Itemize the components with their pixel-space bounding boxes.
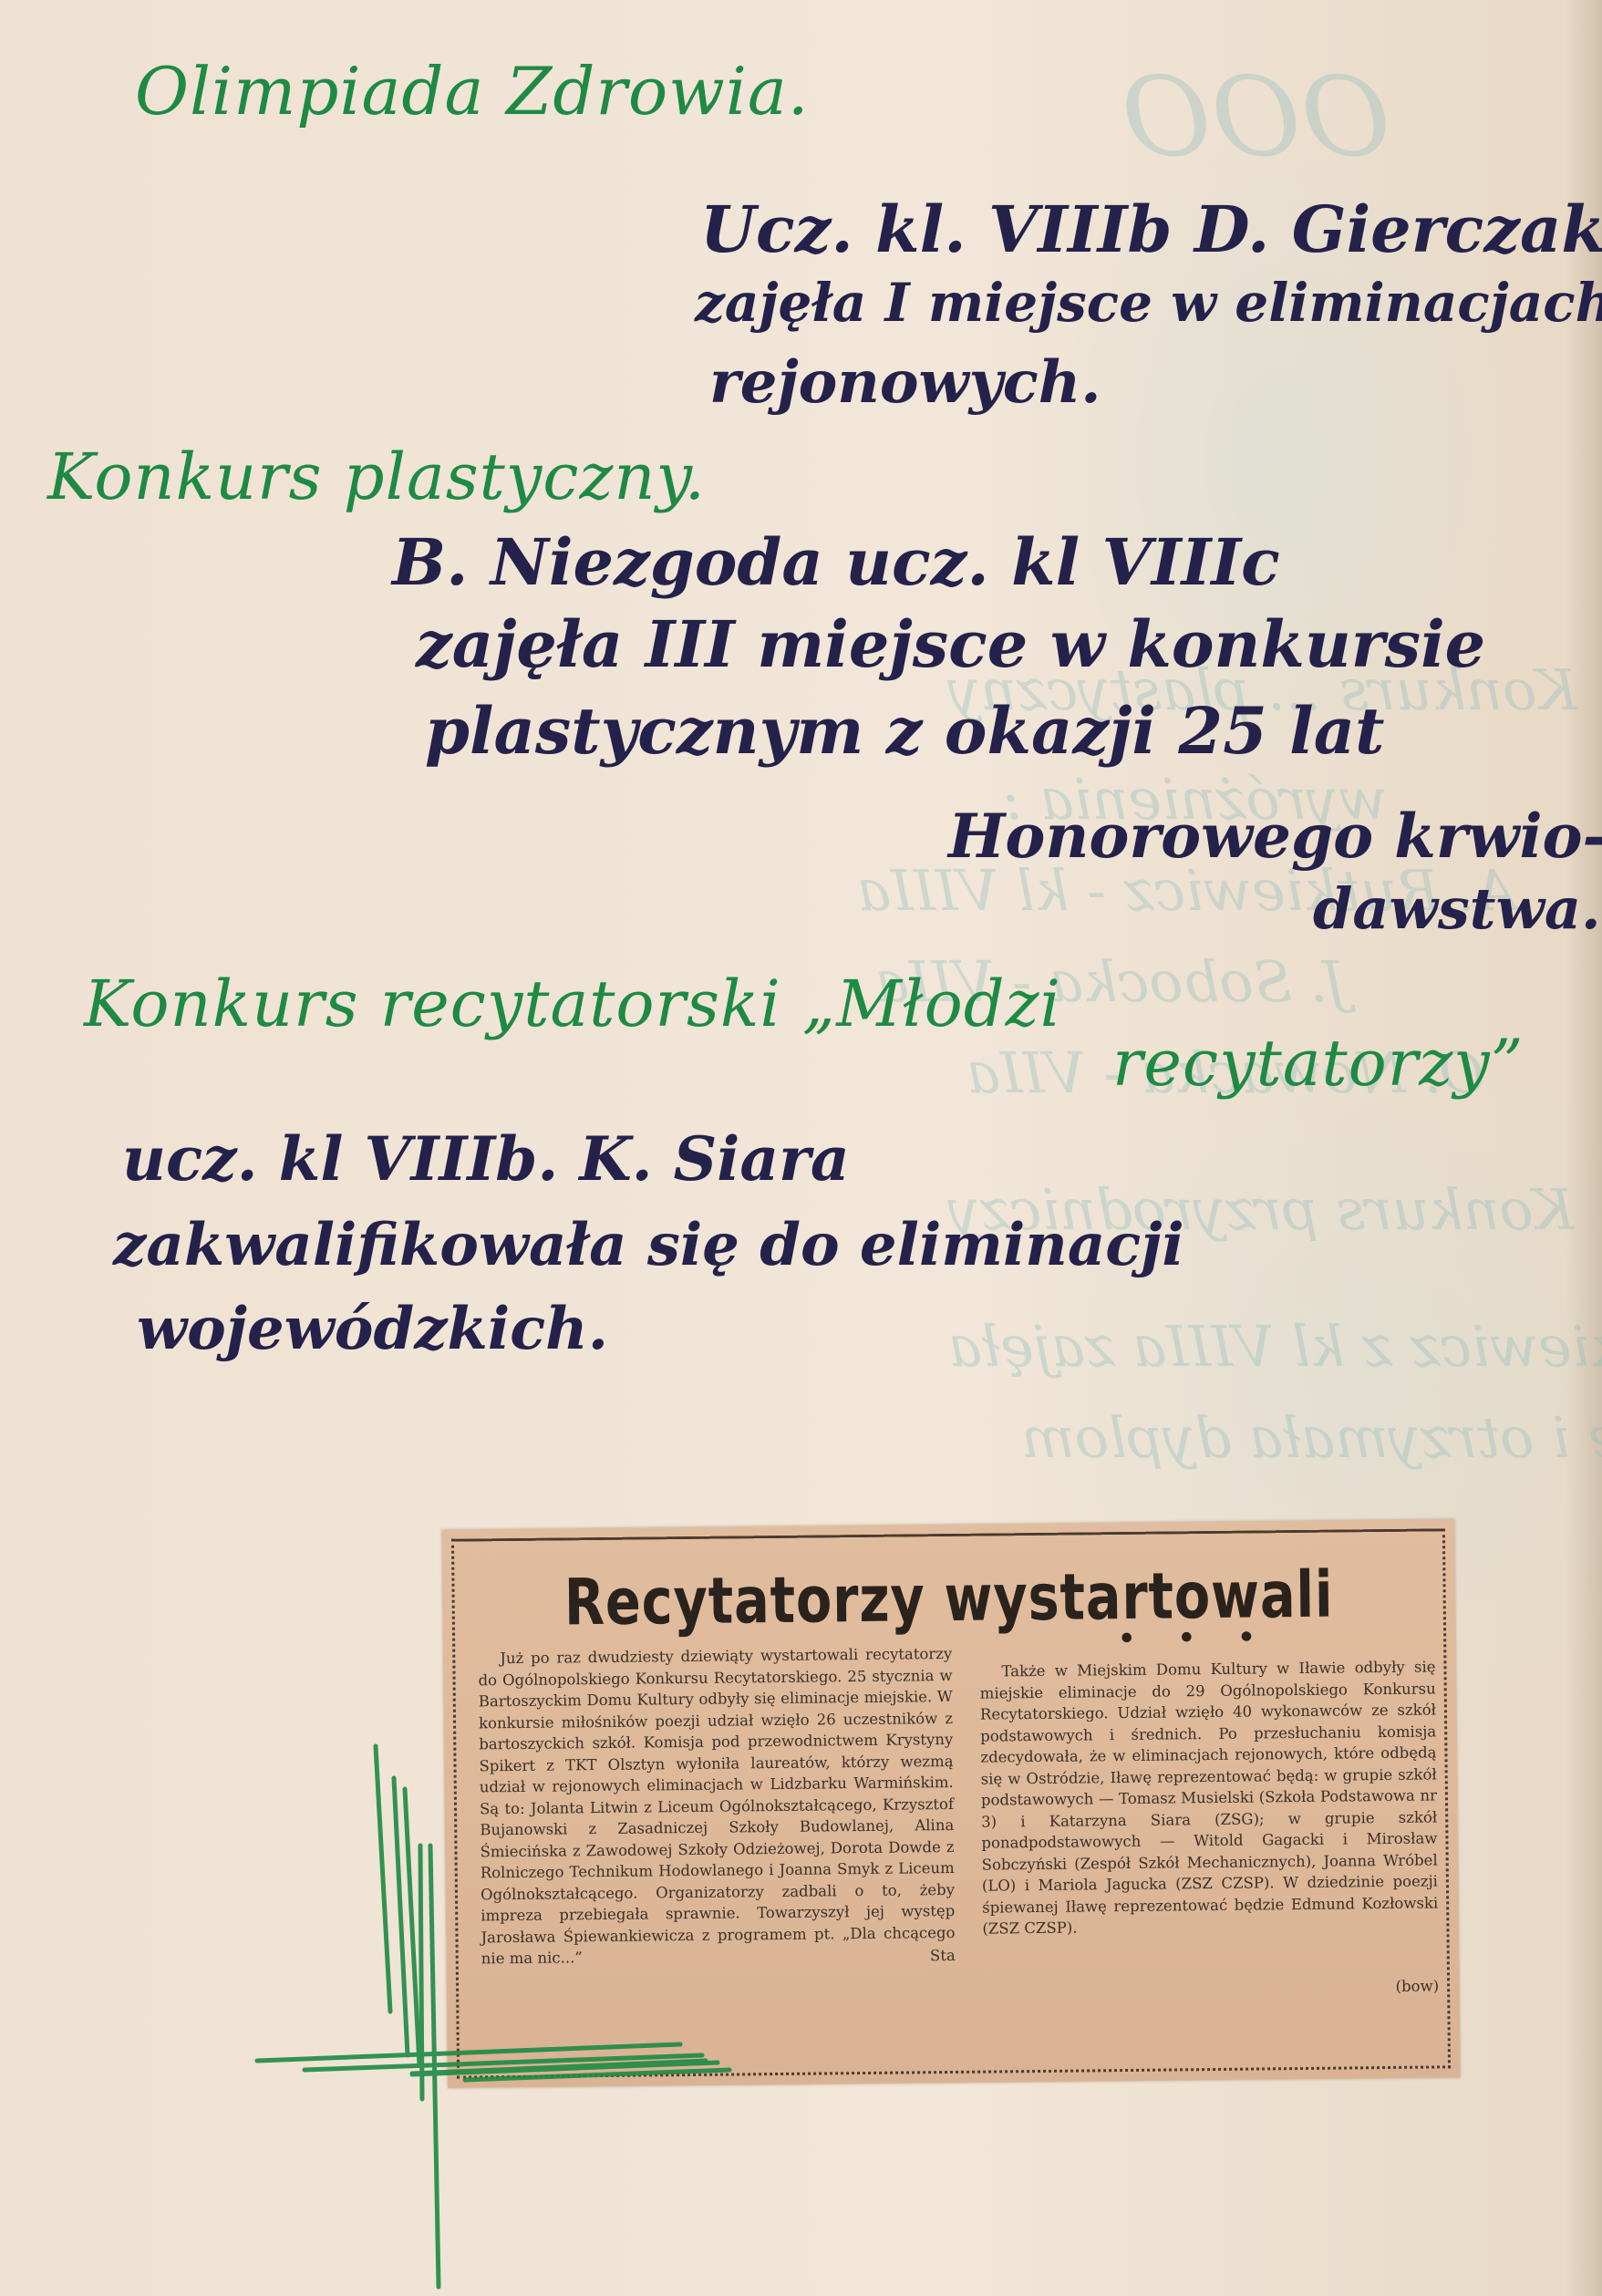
- clipping-column-right: Także w Miejskim Domu Kultury w Iławie o…: [979, 1656, 1439, 2001]
- section-line: zajęła III miejsce w konkursie: [416, 606, 1485, 682]
- section-heading: Olimpiada Zdrowia.: [135, 53, 810, 129]
- show-through-text: A. Rutkiewicz z kl VIIIa zajęła: [948, 1313, 1602, 1380]
- section-line: dawstwa.: [1313, 875, 1601, 942]
- section-line: Honorowego krwio-: [948, 801, 1602, 872]
- newspaper-clipping: Recytatorzy wystartowali • • • Już po ra…: [442, 1519, 1460, 2088]
- show-through-text: II miejsce i otrzymała dyplom: [1021, 1404, 1602, 1471]
- section-line: plastycznym z okazji 25 lat: [425, 693, 1384, 769]
- section-line: B. Niezgoda ucz. kl VIIIc: [392, 524, 1280, 600]
- section-line: zajęła I miejsce w eliminacjach: [695, 272, 1602, 334]
- clipping-paragraph: Już po raz dwudziesty dziewiąty wystarto…: [478, 1643, 956, 1970]
- show-through-text: OOO: [1121, 55, 1390, 181]
- section-heading-continued: recytatorzy”: [1112, 1026, 1524, 1101]
- clipping-signature: Sta: [930, 1945, 956, 1967]
- section-heading: Konkurs plastyczny.: [47, 440, 706, 514]
- section-heading: Konkurs recytatorski „Młodzi: [84, 967, 1061, 1041]
- section-line: rejonowych.: [709, 348, 1101, 417]
- clipping-separator-dots: • • •: [1118, 1621, 1272, 1655]
- page-edge-shadow: [1566, 0, 1602, 2296]
- clipping-column-left: Już po raz dwudziesty dziewiąty wystarto…: [478, 1643, 956, 1970]
- section-line: zakwalifikowała się do eliminacji: [113, 1211, 1184, 1279]
- section-line: Ucz. kl. VIIIb D. Gierczak: [700, 191, 1602, 267]
- section-line: ucz. kl VIIIb. K. Siara: [122, 1123, 850, 1195]
- section-line: wojewódzkich.: [137, 1295, 608, 1363]
- clipping-paragraph: Także w Miejskim Domu Kultury w Iławie o…: [979, 1656, 1438, 1939]
